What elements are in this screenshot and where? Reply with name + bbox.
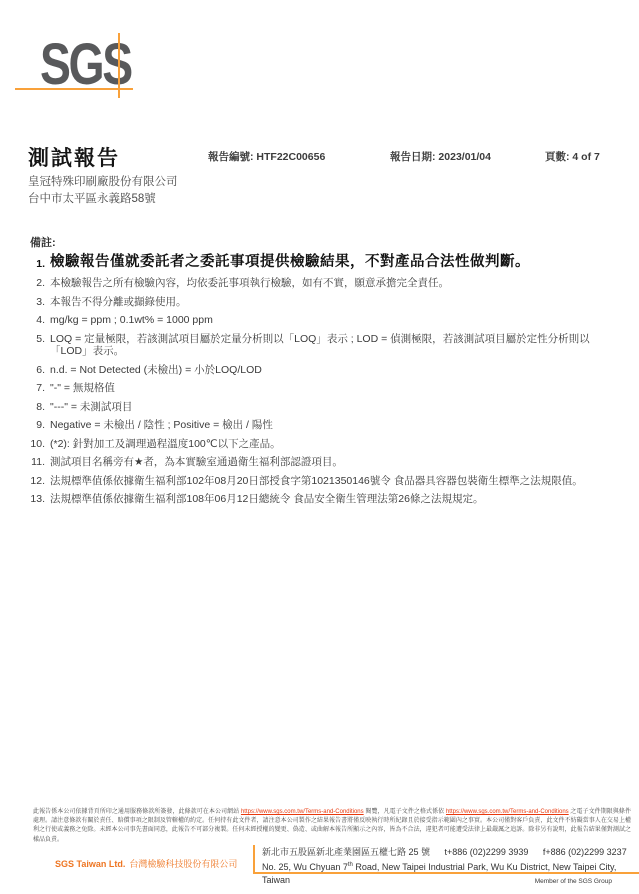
page-count-value: 4 of 7 bbox=[572, 151, 599, 163]
note-number: 9. bbox=[30, 419, 50, 432]
note-text: 本檢驗報告之所有檢驗內容，均依委託事項執行檢驗，如有不實，願意承擔完全責任。 bbox=[50, 277, 596, 290]
note-text: LOQ = 定量極限，若該測試項目屬於定量分析則以「LOQ」表示 ; LOD =… bbox=[50, 333, 596, 358]
footer-phone: t+886 (02)2299 3939 bbox=[445, 847, 529, 857]
report-date-label: 報告日期: bbox=[390, 151, 436, 163]
note-number: 2. bbox=[30, 277, 50, 290]
note-text: 法規標準值係依據衛生福利部102年08月20日部授食字第1021350146號令… bbox=[50, 475, 596, 488]
note-text: 本報告不得分離或擷錄使用。 bbox=[50, 296, 596, 309]
note-text: 測試項目名稱旁有★者，為本實驗室通過衛生福利部認證項目。 bbox=[50, 456, 596, 469]
report-date-value: 2023/01/04 bbox=[438, 151, 491, 163]
footer-company-en: SGS Taiwan Ltd. bbox=[55, 859, 125, 869]
note-item-3: 3. 本報告不得分離或擷錄使用。 bbox=[30, 296, 596, 309]
note-item-8: 8. "---" = 未測試項目 bbox=[30, 401, 596, 414]
sgs-group-member-note: Member of the SGS Group bbox=[535, 878, 612, 885]
page-title: 測試報告 bbox=[28, 142, 120, 172]
note-number: 3. bbox=[30, 296, 50, 309]
note-text: Negative = 未檢出 / 陰性 ; Positive = 檢出 / 陽性 bbox=[50, 419, 596, 432]
note-item-12: 12. 法規標準值係依據衛生福利部102年08月20日部授食字第10213501… bbox=[30, 475, 596, 488]
note-number: 1. bbox=[30, 254, 50, 271]
footer-company: SGS Taiwan Ltd.台灣檢驗科技股份有限公司 bbox=[55, 857, 237, 870]
note-text: 檢驗報告僅就委託者之委託事項提供檢驗結果，不對產品合法性做判斷。 bbox=[50, 254, 596, 271]
applicant-block: 皇冠特殊印刷廠股份有限公司 台中市太平區永義路58號 bbox=[28, 174, 178, 208]
note-number: 10. bbox=[30, 438, 50, 451]
note-item-5: 5. LOQ = 定量極限，若該測試項目屬於定量分析則以「LOQ」表示 ; LO… bbox=[30, 333, 596, 358]
note-item-4: 4. mg/kg = ppm ; 0.1wt% = 1000 ppm bbox=[30, 314, 596, 327]
report-number-value: HTF22C00656 bbox=[256, 151, 325, 163]
disclaimer-text: 此報告係本公司依據背頁所印之通用服務條款所簽發，此條款可在本公司網站 bbox=[33, 809, 241, 815]
note-text: "---" = 未測試項目 bbox=[50, 401, 596, 414]
note-number: 5. bbox=[30, 333, 50, 358]
note-number: 11. bbox=[30, 456, 50, 469]
footer-horizontal-rule bbox=[253, 872, 639, 874]
report-number-label: 報告編號: bbox=[208, 151, 254, 163]
note-text: "-" = 無規格值 bbox=[50, 382, 596, 395]
page-count: 頁數: 4 of 7 bbox=[545, 149, 600, 164]
footer-address-zh: 新北市五股區新北產業園區五權七路 25 號 bbox=[262, 847, 430, 857]
notes-heading: 備註: bbox=[30, 234, 596, 250]
note-item-2: 2. 本檢驗報告之所有檢驗內容，均依委託事項執行檢驗，如有不實，願意承擔完全責任… bbox=[30, 277, 596, 290]
footer-company-zh: 台灣檢驗科技股份有限公司 bbox=[129, 859, 237, 869]
sgs-logo: SGS bbox=[0, 0, 200, 120]
applicant-name: 皇冠特殊印刷廠股份有限公司 bbox=[28, 174, 178, 191]
applicant-address: 台中市太平區永義路58號 bbox=[28, 191, 178, 208]
note-item-9: 9. Negative = 未檢出 / 陰性 ; Positive = 檢出 /… bbox=[30, 419, 596, 432]
note-number: 4. bbox=[30, 314, 50, 327]
note-number: 13. bbox=[30, 493, 50, 506]
note-text: mg/kg = ppm ; 0.1wt% = 1000 ppm bbox=[50, 314, 596, 327]
footer-address-en: No. 25, Wu Chyuan 7 bbox=[262, 862, 348, 872]
page-count-label: 頁數: bbox=[545, 151, 570, 163]
notes-section: 備註: 1. 檢驗報告僅就委託者之委託事項提供檢驗結果，不對產品合法性做判斷。 … bbox=[30, 234, 596, 506]
legal-disclaimer: 此報告係本公司依據背頁所印之通用服務條款所簽發，此條款可在本公司網站 https… bbox=[33, 808, 631, 845]
note-item-11: 11. 測試項目名稱旁有★者，為本實驗室通過衛生福利部認證項目。 bbox=[30, 456, 596, 469]
logo-horizontal-rule bbox=[15, 88, 133, 90]
note-text: 法規標準值係依據衛生福利部108年06月12日總統令 食品安全衛生管理法第26條… bbox=[50, 493, 596, 506]
note-item-6: 6. n.d. = Not Detected (未檢出) = 小於LOQ/LOD bbox=[30, 364, 596, 377]
note-number: 7. bbox=[30, 382, 50, 395]
note-item-13: 13. 法規標準值係依據衛生福利部108年06月12日總統令 食品安全衛生管理法… bbox=[30, 493, 596, 506]
note-text: (*2): 針對加工及調理過程溫度100℃以下之產品。 bbox=[50, 438, 596, 451]
footer-address-zh-line: 新北市五股區新北產業園區五權七路 25 號 t+886 (02)2299 393… bbox=[262, 846, 639, 859]
footer-fax: f+886 (02)2299 3237 bbox=[543, 847, 627, 857]
footer-vertical-divider bbox=[253, 845, 255, 873]
note-number: 6. bbox=[30, 364, 50, 377]
logo-vertical-rule bbox=[118, 33, 120, 98]
terms-link[interactable]: https://www.sgs.com.tw/Terms-and-Conditi… bbox=[446, 809, 569, 815]
note-item-10: 10. (*2): 針對加工及調理過程溫度100℃以下之產品。 bbox=[30, 438, 596, 451]
note-item-7: 7. "-" = 無規格值 bbox=[30, 382, 596, 395]
terms-link[interactable]: https://www.sgs.com.tw/Terms-and-Conditi… bbox=[241, 809, 364, 815]
note-number: 12. bbox=[30, 475, 50, 488]
report-date: 報告日期: 2023/01/04 bbox=[390, 149, 491, 164]
report-number: 報告編號: HTF22C00656 bbox=[208, 149, 325, 164]
note-item-1: 1. 檢驗報告僅就委託者之委託事項提供檢驗結果，不對產品合法性做判斷。 bbox=[30, 254, 596, 271]
note-number: 8. bbox=[30, 401, 50, 414]
note-text: n.d. = Not Detected (未檢出) = 小於LOQ/LOD bbox=[50, 364, 596, 377]
disclaimer-text: 閱覽，凡電子文件之格式係依 bbox=[364, 809, 446, 815]
